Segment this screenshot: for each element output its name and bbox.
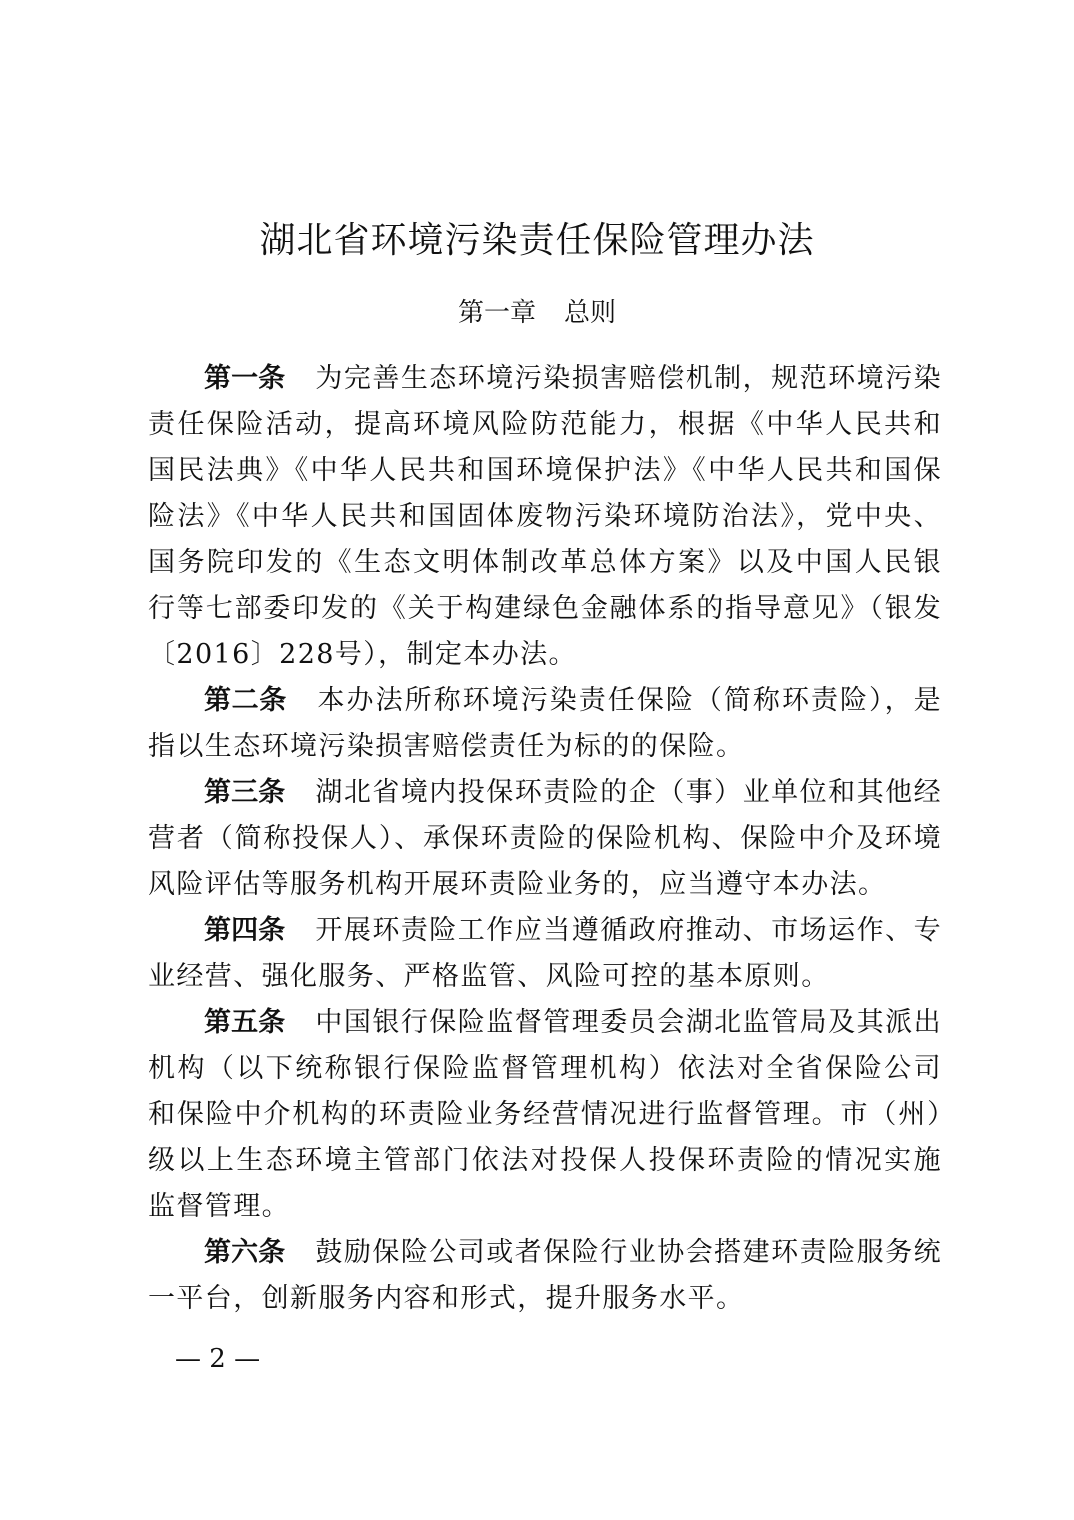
article-6: 第六条鼓励保险公司或者保险行业协会搭建环责险服务统一平台，创新服务内容和形式，提… bbox=[148, 1230, 942, 1322]
chapter-number: 第一章 bbox=[458, 298, 536, 328]
article-label: 第三条 bbox=[204, 777, 285, 808]
page-number: — 2 — bbox=[175, 1344, 260, 1374]
article-label: 第四条 bbox=[204, 915, 285, 946]
article-3: 第三条湖北省境内投保环责险的企（事）业单位和其他经营者（简称投保人）、承保环责险… bbox=[148, 770, 942, 908]
article-1: 第一条为完善生态环境污染损害赔偿机制，规范环境污染责任保险活动，提高环境风险防范… bbox=[148, 356, 942, 678]
chapter-name: 总则 bbox=[564, 298, 616, 328]
article-text: 中国银行保险监督管理委员会湖北监管局及其派出机构（以下统称银行保险监督管理机构）… bbox=[148, 1007, 942, 1222]
article-label: 第一条 bbox=[204, 363, 285, 394]
article-label: 第五条 bbox=[204, 1007, 285, 1038]
chapter-heading: 第一章总则 bbox=[0, 292, 1074, 329]
article-4: 第四条开展环责险工作应当遵循政府推动、市场运作、专业经营、强化服务、严格监管、风… bbox=[148, 908, 942, 1000]
article-label: 第二条 bbox=[204, 685, 287, 716]
article-text: 为完善生态环境污染损害赔偿机制，规范环境污染责任保险活动，提高环境风险防范能力，… bbox=[148, 363, 942, 670]
article-5: 第五条中国银行保险监督管理委员会湖北监管局及其派出机构（以下统称银行保险监督管理… bbox=[148, 1000, 942, 1230]
article-label: 第六条 bbox=[204, 1237, 285, 1268]
article-2: 第二条本办法所称环境污染责任保险（简称环责险），是指以生态环境污染损害赔偿责任为… bbox=[148, 678, 942, 770]
document-body: 第一条为完善生态环境污染损害赔偿机制，规范环境污染责任保险活动，提高环境风险防范… bbox=[148, 356, 942, 1322]
document-title: 湖北省环境污染责任保险管理办法 bbox=[0, 212, 1074, 263]
